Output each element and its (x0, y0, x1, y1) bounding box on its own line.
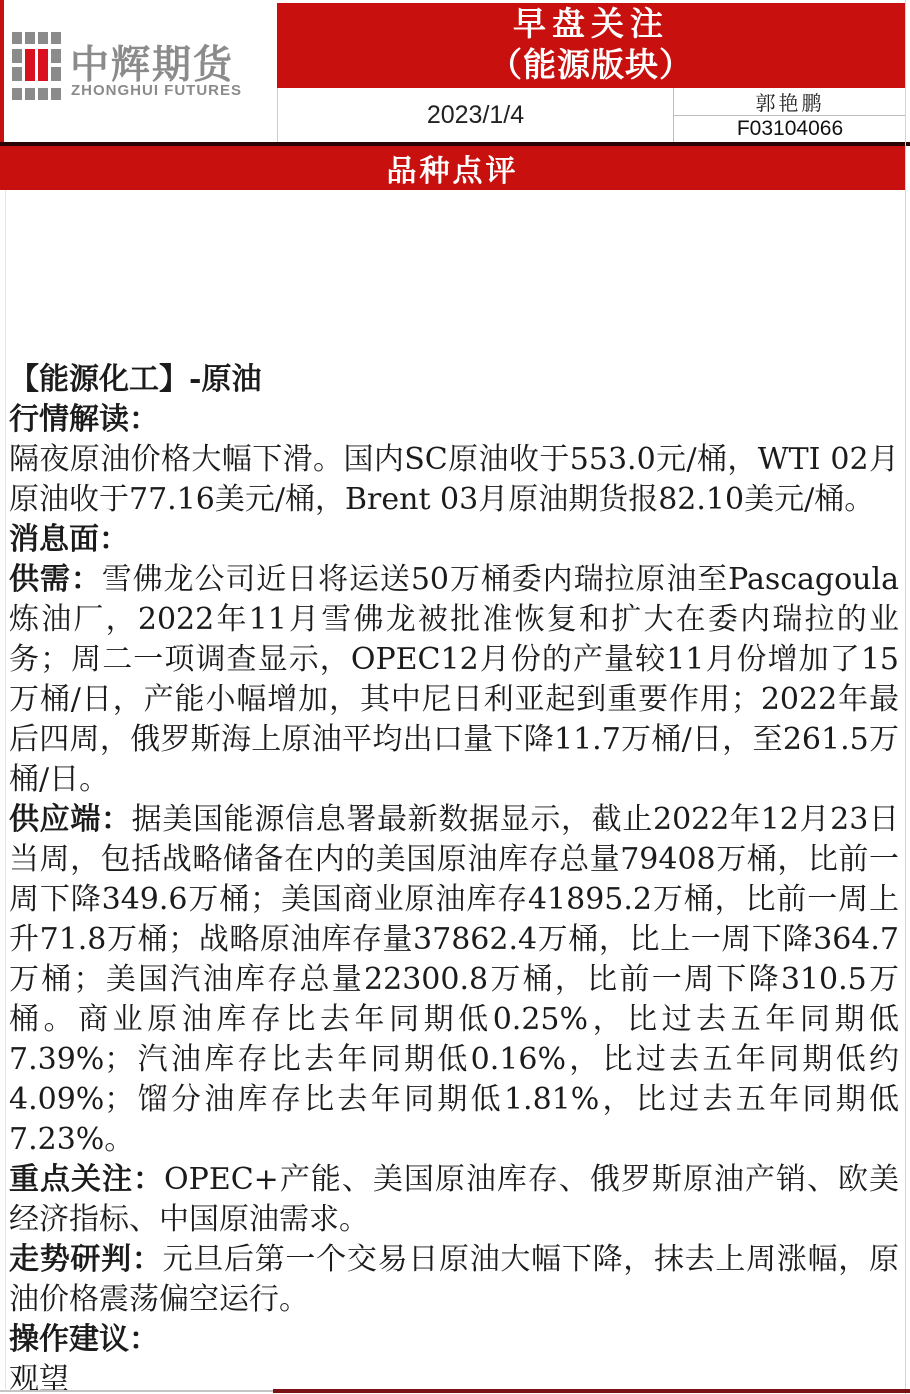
report-banner: 早盘关注 （能源版块） (277, 3, 905, 88)
zhonghui-grid-icon (12, 32, 61, 100)
section-bar: 品种点评 (0, 146, 905, 190)
logo-en-text: ZHONGHUI FUTURES (71, 82, 242, 99)
analyst-name: 郭艳鹏 (674, 88, 906, 116)
content-block-heading: 操作建议： (9, 1320, 899, 1360)
banner-title-line2: （能源版块） (277, 45, 905, 85)
content-block-title: 【能源化工】-原油 (9, 360, 899, 400)
bottom-rule-left (0, 1390, 273, 1392)
report-date: 2023/1/4 (278, 88, 673, 142)
content-block-para: 重点关注：OPEC+产能、美国原油库存、俄罗斯原油产销、欧美经济指标、中国原油需… (9, 1160, 899, 1240)
page-right-border (905, 0, 906, 1394)
bottom-rule-right (273, 1389, 910, 1393)
header-info-row: 2023/1/4 郭艳鹏 F03104066 (277, 88, 905, 142)
paragraph-label: 供需： (9, 562, 102, 597)
analyst-license: F03104066 (674, 116, 906, 141)
content-block-heading: 行情解读： (9, 400, 899, 440)
paragraph-label: 走势研判： (9, 1242, 163, 1277)
company-logo: 中辉期货 ZHONGHUI FUTURES (4, 0, 277, 142)
content-left-rule (5, 190, 6, 1389)
paragraph-label: 重点关注： (9, 1162, 164, 1197)
content-block-para: 供应端：据美国能源信息署最新数据显示，截止2022年12月23日当周，包括战略储… (9, 800, 899, 1160)
analyst-cell: 郭艳鹏 F03104066 (673, 88, 906, 142)
content-block-para: 供需：雪佛龙公司近日将运送50万桶委内瑞拉原油至Pascagoula炼油厂，20… (9, 560, 899, 800)
content-block-para: 隔夜原油价格大幅下滑。国内SC原油收于553.0元/桶，WTI 02月原油收于7… (9, 440, 899, 520)
report-page: 中辉期货 ZHONGHUI FUTURES 早盘关注 （能源版块） 2023/1… (0, 0, 910, 1394)
banner-title-line1: 早盘关注 (277, 3, 905, 45)
content-block-para: 走势研判：元旦后第一个交易日原油大幅下降，抹去上周涨幅，原油价格震荡偏空运行。 (9, 1240, 899, 1320)
section-bar-label: 品种点评 (387, 146, 519, 190)
content-block-heading: 消息面： (9, 520, 899, 560)
paragraph-label: 供应端： (9, 802, 132, 837)
content-area: 【能源化工】-原油行情解读：隔夜原油价格大幅下滑。国内SC原油收于553.0元/… (4, 190, 905, 1389)
